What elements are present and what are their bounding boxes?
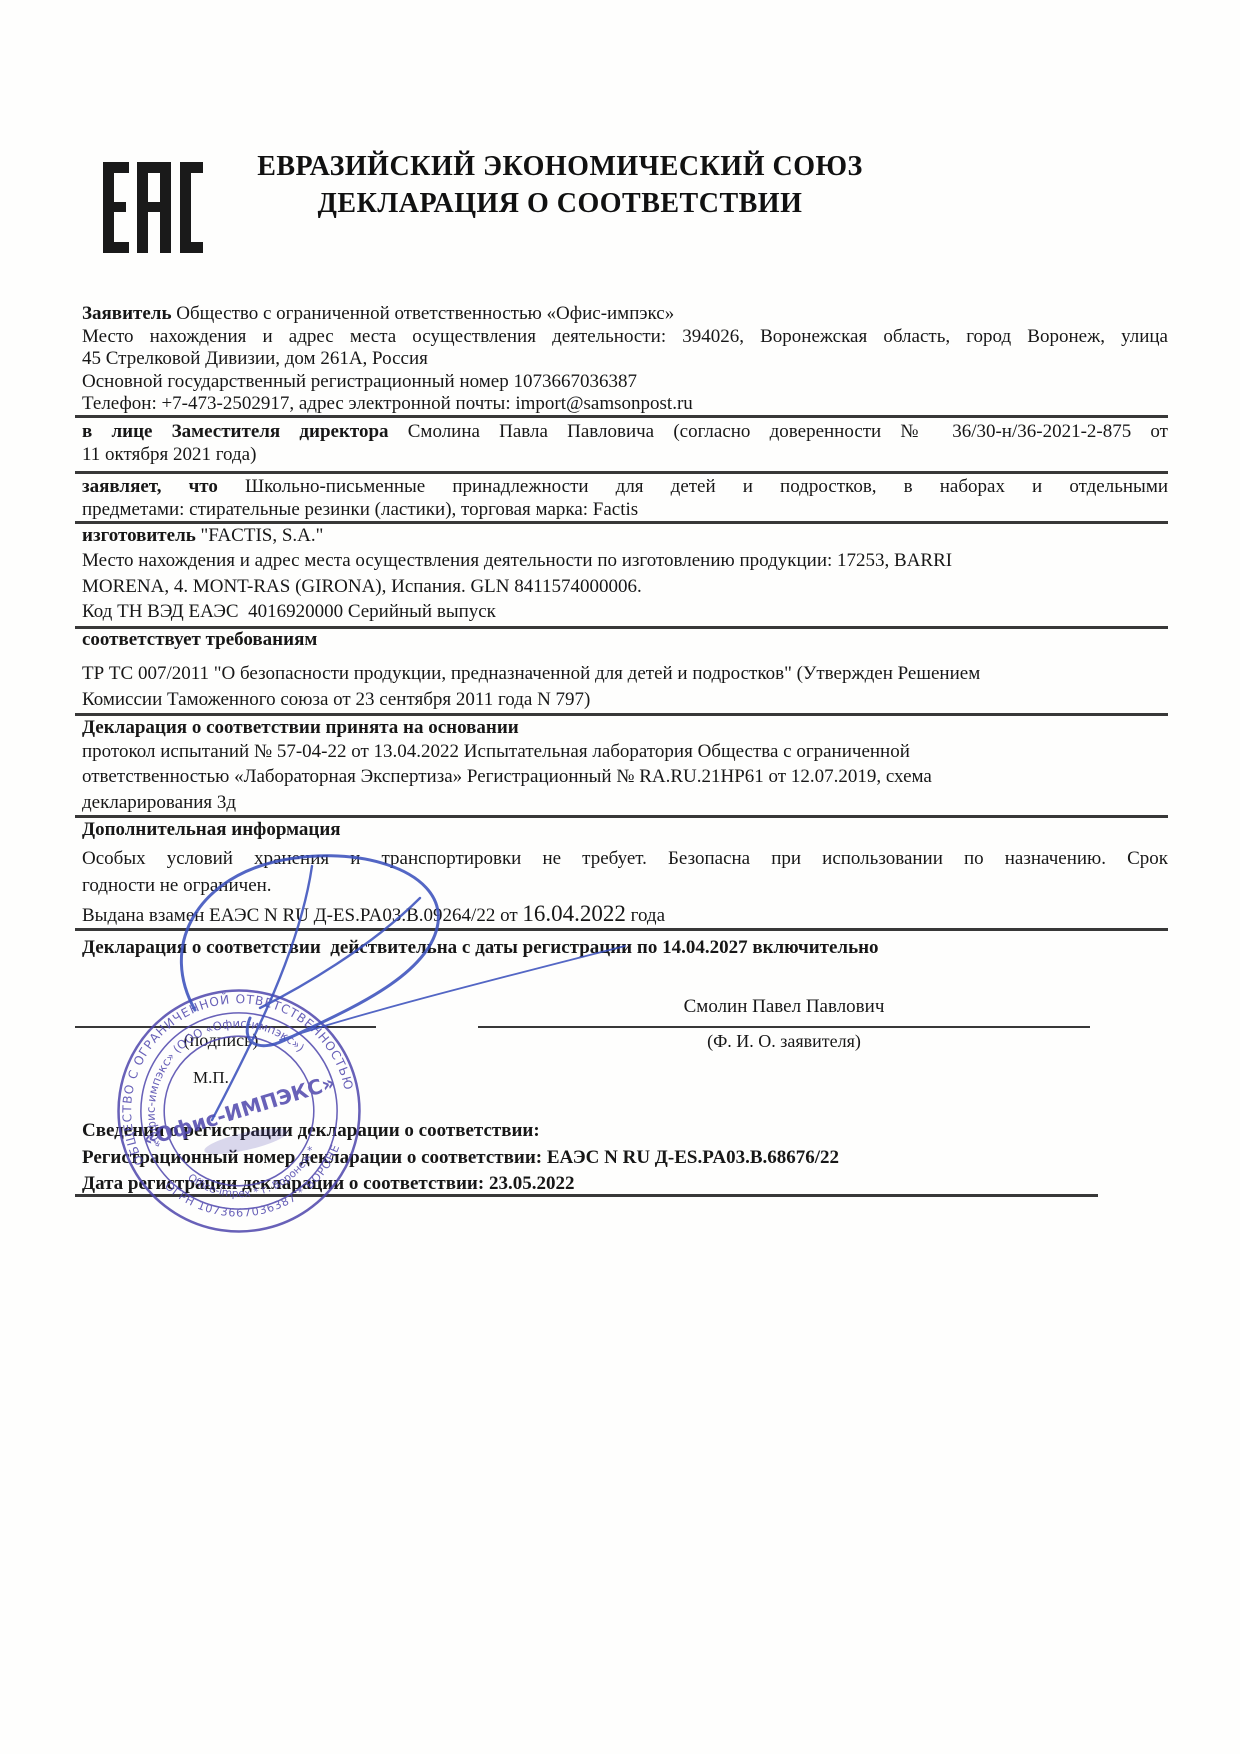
applicant-block-line: Основной государственный регистрационный… [82, 371, 1168, 394]
applicant-block-line: Телефон: +7-473-2502917, адрес электронн… [82, 393, 1168, 416]
basis-block-line: декларирования 3д [82, 790, 1168, 815]
basis-block: протокол испытаний № 57-04-22 от 13.04.2… [82, 739, 1168, 815]
manufacturer-block: изготовитель "FACTIS, S.A."Место нахожде… [82, 523, 1168, 624]
representative-block-line: в лице Заместителя директора Смолина Пав… [82, 420, 1168, 443]
divider-line [75, 713, 1168, 716]
manufacturer-block-line: MORENA, 4. MONT-RAS (GIRONA), Испания. G… [82, 574, 1168, 599]
conforms-heading-line: соответствует требованиям [82, 629, 1168, 651]
declares-block: заявляет, что Школьно-письменные принадл… [82, 476, 1168, 521]
regulation-block-line: Комиссии Таможенного союза от 23 сентябр… [82, 687, 1168, 713]
basis-block-line: протокол испытаний № 57-04-22 от 13.04.2… [82, 739, 1168, 764]
basis-heading-line: Декларация о соответствии принята на осн… [82, 717, 1168, 739]
document-title: ЕВРАЗИЙСКИЙ ЭКОНОМИЧЕСКИЙ СОЮЗ ДЕКЛАРАЦИ… [215, 148, 905, 222]
applicant-block: Заявитель Общество с ограниченной ответс… [82, 303, 1168, 416]
divider-line [75, 626, 1168, 629]
applicant-block-line: Заявитель Общество с ограниченной ответс… [82, 303, 1168, 326]
regulation-block-line: ТР ТС 007/2011 "О безопасности продукции… [82, 661, 1168, 687]
declares-block-line: заявляет, что Школьно-письменные принадл… [82, 476, 1168, 499]
basis-block-line: ответственностью «Лабораторная Экспертиз… [82, 764, 1168, 789]
applicant-block-line: 45 Стрелковой Дивизии, дом 261А, Россия [82, 348, 1168, 371]
manufacturer-block-line: изготовитель "FACTIS, S.A." [82, 523, 1168, 548]
divider-line [75, 815, 1168, 818]
conforms-heading: соответствует требованиям [82, 629, 1168, 651]
eac-logo [103, 162, 203, 253]
union-title: ЕВРАЗИЙСКИЙ ЭКОНОМИЧЕСКИЙ СОЮЗ [215, 148, 905, 185]
manufacturer-block-line: Место нахождения и адрес места осуществл… [82, 548, 1168, 573]
handwritten-signature [100, 828, 660, 1140]
representative-block-line: 11 октября 2021 года) [82, 443, 1168, 466]
manufacturer-block-line: Код ТН ВЭД ЕАЭС 4016920000 Серийный выпу… [82, 599, 1168, 624]
divider-line [75, 415, 1168, 418]
representative-block: в лице Заместителя директора Смолина Пав… [82, 420, 1168, 466]
declares-block-line: предметами: стирательные резинки (ластик… [82, 499, 1168, 522]
regulation-block: ТР ТС 007/2011 "О безопасности продукции… [82, 661, 1168, 713]
applicant-block-line: Место нахождения и адрес места осуществл… [82, 326, 1168, 349]
basis-heading: Декларация о соответствии принята на осн… [82, 717, 1168, 739]
divider-line [75, 471, 1168, 474]
divider-line [75, 521, 1168, 524]
doc-title: ДЕКЛАРАЦИЯ О СООТВЕТСТВИИ [215, 185, 905, 222]
declaration-document: ЕВРАЗИЙСКИЙ ЭКОНОМИЧЕСКИЙ СОЮЗ ДЕКЛАРАЦИ… [0, 0, 1240, 1754]
